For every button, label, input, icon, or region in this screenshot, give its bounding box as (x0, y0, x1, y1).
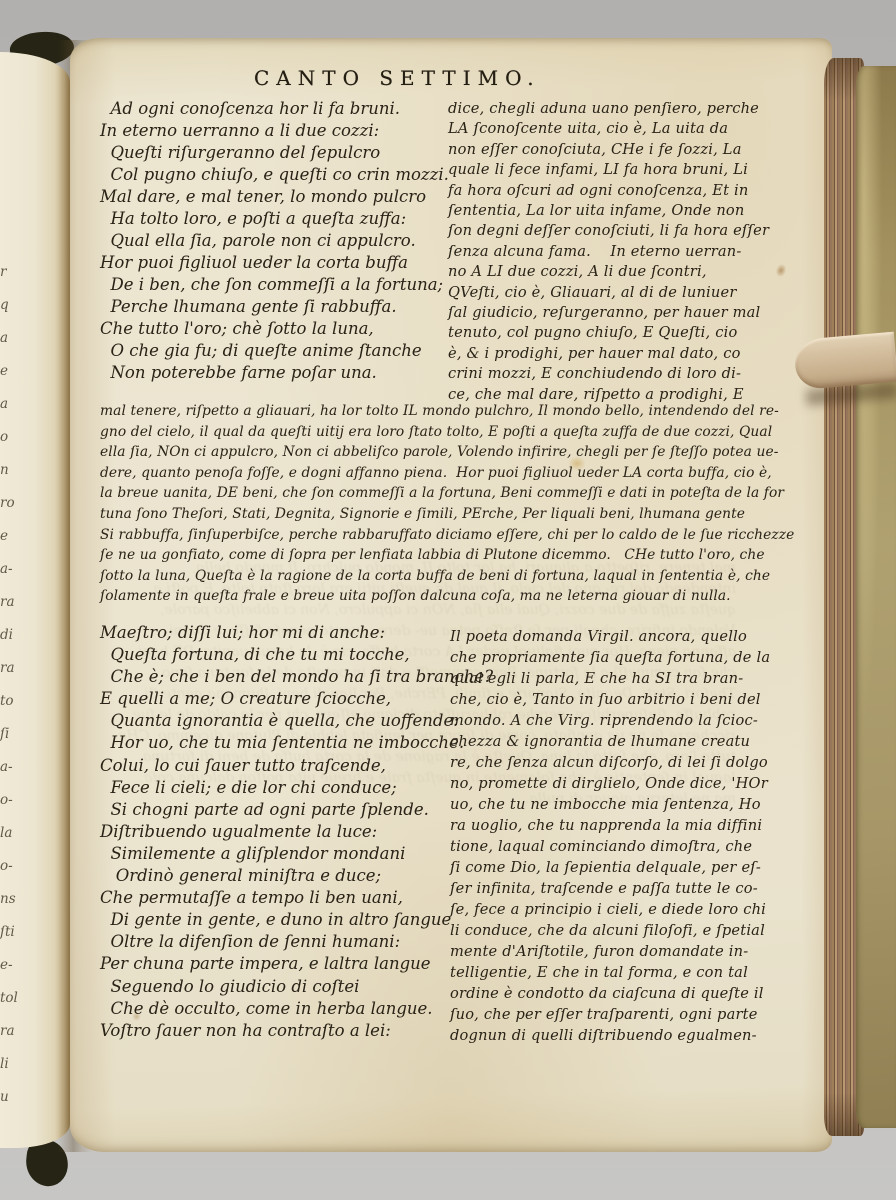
commentary-line: ſer infinita, traſcende e paſſa tutte le… (450, 878, 794, 899)
commentary-line: ſon degni deſſer conoſciuti, li fa hora … (448, 221, 792, 241)
poem-line: Oltre la difenſion de ſenni humani: (100, 931, 460, 953)
poem-line: Perche lhumana gente ſi rabbuffa. (100, 296, 452, 318)
poem-line: Queſta fortuna, di che tu mi tocche, (100, 644, 460, 666)
bleed-fragment: r (0, 256, 30, 289)
commentary-line: la breue uanita, DE beni, che ſon commeſ… (100, 483, 780, 504)
poem-line: Hor puoi figliuol ueder la corta buffa (100, 252, 452, 274)
poem-line: Per chuna parte impera, e laltra langue (100, 953, 460, 975)
commentary-line: no, promette di dirglielo, Onde dice, 'H… (450, 773, 794, 794)
commentary-line: qual egli li parla, E che ha SI tra bran… (450, 668, 794, 689)
bleed-fragment: di (0, 619, 30, 652)
commentary-line: mondo. A che Virg. riprendendo la ſcioc- (450, 710, 794, 731)
commentary-line: ſuo, che per eſſer traſparenti, ogni par… (450, 1004, 794, 1025)
book-page: mal tenere, riſpetto a gliauari, ha lor … (70, 38, 832, 1152)
commentary-line: tione, laqual cominciando dimoſtra, che (450, 836, 794, 857)
poem-line: Mal dare, e mal tener, lo mondo pulcro (100, 186, 452, 208)
commentary-line: chezza & ignorantia de lhumane creatu (450, 731, 794, 752)
commentary-block-middle: mal tenere, riſpetto a gliauari, ha lor … (100, 401, 780, 607)
commentary-line: dice, chegli aduna uano penſiero, perche (448, 99, 792, 119)
bleed-fragment: a (0, 322, 30, 355)
poem-line: Ordinò general miniſtra e duce; (100, 865, 460, 887)
bleed-fragment: to (0, 685, 30, 718)
bleed-fragment: q (0, 289, 30, 322)
poem-line: Maeſtro; diſſi lui; hor mi di anche: (100, 622, 460, 644)
poem-line: Col pugno chiuſo, e queſti co crin mozzi… (100, 164, 452, 186)
bleed-fragment: o- (0, 784, 30, 817)
bleed-fragment: n (0, 454, 30, 487)
commentary-line: che propriamente ſia queſta fortuna, de … (450, 647, 794, 668)
poem-line: Non poterebbe farne poſar una. (100, 362, 452, 384)
commentary-line: ſolamente in queſta frale e breue uita p… (100, 586, 780, 607)
commentary-line: ordine è condotto da ciaſcuna di queſte … (450, 983, 794, 1004)
poem-line: Che è; che i ben del mondo ha ſi tra bra… (100, 666, 460, 688)
poem-line: Hor uo, che tu mia ſententia ne imbocche… (100, 732, 460, 754)
commentary-line: li conduce, che da alcuni filoſofi, e ſp… (450, 920, 794, 941)
poem-line: O che gia fu; di queſte anime ſtanche (100, 340, 452, 362)
poem-column-top: Ad ogni conoſcenza hor li fa bruni.In et… (100, 98, 452, 384)
commentary-line: mal tenere, riſpetto a gliauari, ha lor … (100, 401, 780, 422)
bleed-fragment: la (0, 817, 30, 850)
commentary-line: crini mozzi, E conchiudendo di loro di- (448, 364, 792, 384)
bleed-fragment: ra (0, 1015, 30, 1048)
commentary-line: tuna ſono Theſori, Stati, Degnita, Signo… (100, 504, 780, 525)
poem-line: E quelli a me; O creature ſciocche, (100, 688, 460, 710)
commentary-line: ra uoglio, che tu napprenda la mia diffi… (450, 815, 794, 836)
poem-line: Ha tolto loro, e poſti a queſta zuffa: (100, 208, 452, 230)
poem-line: Seguendo lo giudicio di coſtei (100, 976, 460, 998)
bleed-fragment: a- (0, 553, 30, 586)
bleed-fragment: ra (0, 586, 30, 619)
poem-line: Diſtribuendo ugualmente la luce: (100, 821, 460, 843)
bleed-fragment: ro (0, 487, 30, 520)
poem-line: Similemente a gliſplendor mondani (100, 843, 460, 865)
commentary-line: dognun di quelli diſtribuendo egualmen- (450, 1025, 794, 1046)
vellum-cover-flap (856, 66, 896, 1128)
poem-line: Voſtro ſauer non ha contraſto a lei: (100, 1020, 460, 1042)
poem-line: Che permutaſſe a tempo li ben uani, (100, 887, 460, 909)
commentary-line: ſe, fece a principio i cieli, e diede lo… (450, 899, 794, 920)
poem-line: Fece li cieli; e die lor chi conduce; (100, 777, 460, 799)
commentary-line: fa hora oſcuri ad ogni conoſcenza, Et in (448, 181, 792, 201)
commentary-column-top: dice, chegli aduna uano penſiero, perche… (448, 99, 792, 405)
poem-line: Queſti riſurgeranno del ſepulcro (100, 142, 452, 164)
bleed-fragment: ſti (0, 916, 30, 949)
bleed-fragment: ra (0, 652, 30, 685)
commentary-column-bottom: Il poeta domanda Virgil. ancora, quelloc… (450, 626, 794, 1046)
poem-line: Colui, lo cui ſauer tutto traſcende, (100, 755, 460, 777)
commentary-line: LA ſconoſcente uita, cio è, La uita da (448, 119, 792, 139)
poem-line: Che dè occulto, come in herba langue. (100, 998, 460, 1020)
facing-page-bleed-text: rqaeaonroea-radiratoſia-o-lao-nsſtie-tol… (0, 256, 30, 1114)
commentary-line: mente d'Ariſtotile, furon domandate in- (450, 941, 794, 962)
bleed-fragment: o (0, 421, 30, 454)
commentary-line: quale li fece infami, LI fa hora bruni, … (448, 160, 792, 180)
bleed-fragment: o- (0, 850, 30, 883)
bleed-fragment: e- (0, 949, 30, 982)
commentary-line: tenuto, col pugno chiuſo, E Queſti, cio (448, 323, 792, 343)
commentary-line: ſal giudicio, reſurgeranno, per hauer ma… (448, 303, 792, 323)
bleed-fragment: e (0, 355, 30, 388)
bleed-fragment: ns (0, 883, 30, 916)
poem-line: Quanta ignorantia è quella, che uoffende… (100, 710, 460, 732)
commentary-line: ſenza alcuna fama. In eterno uerran- (448, 242, 792, 262)
poem-line: Di gente in gente, e duno in altro ſangu… (100, 909, 460, 931)
poem-line: De i ben, che ſon commeſſi a la fortuna; (100, 274, 452, 296)
commentary-line: dere, quanto penoſa foſſe, e dogni affan… (100, 463, 780, 484)
bleed-fragment: ſi (0, 718, 30, 751)
commentary-line: telligentie, E che in tal forma, e con t… (450, 962, 794, 983)
commentary-line: gno del cielo, il qual da queſti uitij e… (100, 422, 780, 443)
poem-line: Si chogni parte ad ogni parte ſplende. (100, 799, 460, 821)
poem-line: Ad ogni conoſcenza hor li fa bruni. (100, 98, 452, 120)
canto-title: CANTO SETTIMO. (254, 66, 541, 90)
bleed-fragment: a (0, 388, 30, 421)
commentary-line: che, cio è, Tanto in ſuo arbitrio i beni… (450, 689, 794, 710)
commentary-line: non eſſer conoſciuta, CHe i fe ſozzi, La (448, 140, 792, 160)
commentary-line: è, & i prodighi, per hauer mal dato, co (448, 344, 792, 364)
commentary-line: ſententia, La lor uita infame, Onde non (448, 201, 792, 221)
book-photo: rqaeaonroea-radiratoſia-o-lao-nsſtie-tol… (0, 0, 896, 1200)
poem-line: Che tutto l'oro; chè ſotto la luna, (100, 318, 452, 340)
commentary-line: Il poeta domanda Virgil. ancora, quello (450, 626, 794, 647)
commentary-line: Si rabbuffa, ſinſuperbiſce, perche rabba… (100, 525, 780, 546)
bleed-fragment: e (0, 520, 30, 553)
commentary-line: ſotto la luna, Queſta è la ragione de la… (100, 566, 780, 587)
poem-line: Qual ella ſia, parole non ci appulcro. (100, 230, 452, 252)
commentary-line: QVeſti, cio è, Gliauari, al di de luniue… (448, 283, 792, 303)
commentary-line: re, che ſenza alcun diſcorſo, di lei ſi … (450, 752, 794, 773)
commentary-line: ſi come Dio, la ſepientia delquale, per … (450, 857, 794, 878)
commentary-line: ſe ne ua gonfiato, come di ſopra per len… (100, 545, 780, 566)
poem-line: In eterno uerranno a li due cozzi: (100, 120, 452, 142)
bleed-fragment: li (0, 1048, 30, 1081)
poem-column-bottom: Maeſtro; diſſi lui; hor mi di anche: Que… (100, 622, 460, 1042)
commentary-line: ella ſia, NOn ci appulcro, Non ci abbeli… (100, 442, 780, 463)
commentary-line: no A LI due cozzi, A li due ſcontri, (448, 262, 792, 282)
bleed-fragment: a- (0, 751, 30, 784)
bleed-fragment: tol (0, 982, 30, 1015)
bleed-fragment: u (0, 1081, 30, 1114)
commentary-line: uo, che tu ne imbocche mia ſentenza, Ho (450, 794, 794, 815)
